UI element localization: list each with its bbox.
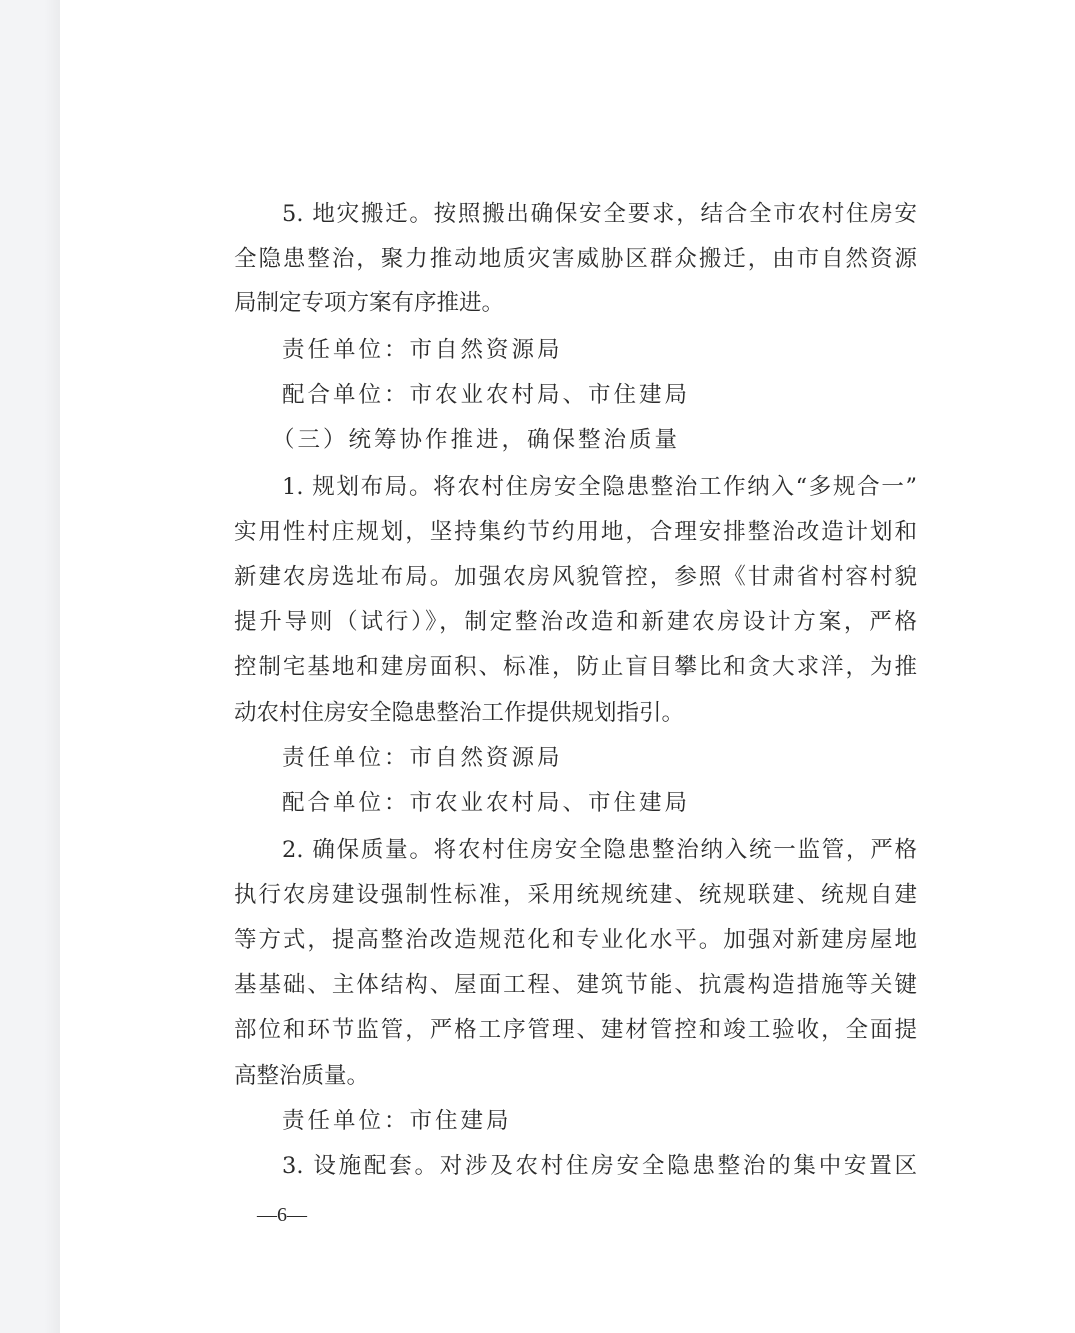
paragraph-quality-line-1: 2. 确保质量。将农村住房安全隐患整治纳入统一监管，严格 [282, 835, 917, 865]
responsible-unit-planning: 责任单位：市自然资源局 [282, 743, 917, 773]
responsible-unit-quality: 责任单位：市住建局 [282, 1106, 917, 1136]
paragraph-relocation-line-1: 5. 地灾搬迁。按照搬出确保安全要求，结合全市农村住房安 [282, 199, 917, 229]
paragraph-relocation-line-3: 局制定专项方案有序推进。 [234, 288, 917, 318]
responsible-unit-relocation: 责任单位：市自然资源局 [282, 335, 917, 365]
paragraph-planning-line-1: 1. 规划布局。将农村住房安全隐患整治工作纳入“多规合一” [282, 472, 917, 502]
section-heading-three: （三）统筹协作推进，确保整治质量 [272, 425, 907, 455]
paragraph-quality-line-6: 高整治质量。 [234, 1061, 917, 1091]
paragraph-planning-line-6: 动农村住房安全隐患整治工作提供规划指引。 [234, 698, 917, 728]
document-page: 5. 地灾搬迁。按照搬出确保安全要求，结合全市农村住房安 全隐患整治，聚力推动地… [60, 0, 1075, 1333]
paragraph-quality-line-3: 等方式，提高整治改造规范化和专业化水平。加强对新建房屋地 [234, 925, 917, 955]
paragraph-planning-line-5: 控制宅基地和建房面积、标准，防止盲目攀比和贪大求洋，为推 [234, 652, 917, 682]
paragraph-relocation-line-2: 全隐患整治，聚力推动地质灾害威胁区群众搬迁，由市自然资源 [234, 244, 917, 274]
cooperating-unit-planning: 配合单位：市农业农村局、市住建局 [282, 788, 917, 818]
page-shadow [44, 0, 60, 1333]
page-number: —6— [257, 1203, 307, 1227]
paragraph-quality-line-5: 部位和环节监管，严格工序管理、建材管控和竣工验收，全面提 [234, 1015, 917, 1045]
cooperating-unit-relocation: 配合单位：市农业农村局、市住建局 [282, 380, 917, 410]
paragraph-planning-line-3: 新建农房选址布局。加强农房风貌管控，参照《甘肃省村容村貌 [234, 562, 917, 592]
paragraph-quality-line-4: 基基础、主体结构、屋面工程、建筑节能、抗震构造措施等关键 [234, 970, 917, 1000]
paragraph-planning-line-2: 实用性村庄规划，坚持集约节约用地，合理安排整治改造计划和 [234, 517, 917, 547]
document-viewer[interactable]: 5. 地灾搬迁。按照搬出确保安全要求，结合全市农村住房安 全隐患整治，聚力推动地… [0, 0, 1075, 1333]
paragraph-facilities-line-1: 3. 设施配套。对涉及农村住房安全隐患整治的集中安置区 [282, 1151, 917, 1181]
paragraph-planning-line-4: 提升导则（试行）》，制定整治改造和新建农房设计方案，严格 [234, 607, 917, 637]
paragraph-quality-line-2: 执行农房建设强制性标准，采用统规统建、统规联建、统规自建 [234, 880, 917, 910]
